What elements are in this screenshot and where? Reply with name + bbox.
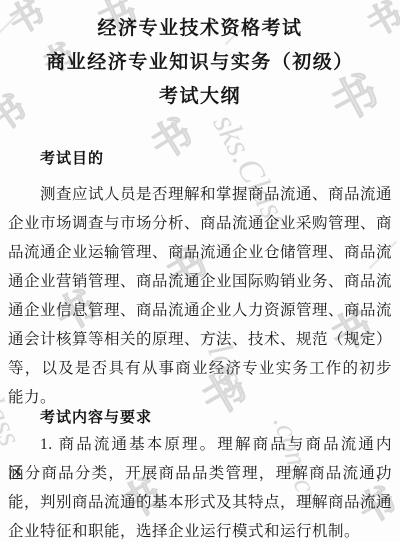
text-line: 区分商品分类，开展商品品类管理，理解商品流通功 — [8, 459, 392, 488]
text-line: 企业特征和职能，选择企业运行模式和运行机制。 — [8, 517, 392, 542]
section-heading-exam-purpose: 考试目的 — [40, 147, 104, 168]
doc-title-line-2: 商业经济专业知识与实务（初级） — [0, 46, 400, 80]
section-heading-exam-content: 考试内容与要求 — [40, 406, 152, 427]
text-line: 品流通企业运输管理、商品流通企业仓储管理、商品流 — [8, 238, 392, 267]
paragraph-exam-content: 1. 商品流通基本原理。理解商品与商品流通内涵， 区分商品分类，开展商品品类管理… — [8, 430, 392, 542]
text-line: 能，判别商品流通的基本形式及其特点，理解商品流通 — [8, 488, 392, 517]
text-line: 等，以及是否具有从事商业经济专业实务工作的初步 — [8, 354, 392, 383]
doc-title-line-3: 考试大纲 — [0, 80, 400, 114]
doc-title-line-1: 经济专业技术资格考试 — [0, 12, 400, 46]
doc-title: 经济专业技术资格考试 商业经济专业知识与实务（初级） 考试大纲 — [0, 12, 400, 114]
text-line: 通会计核算等相关的原理、方法、技术、规范（规定） — [8, 325, 392, 354]
text-line: 测查应试人员是否理解和掌握商品流通、商品流通 — [8, 180, 392, 209]
text-line: 企业市场调查与市场分析、商品流通企业采购管理、商 — [8, 209, 392, 238]
document-page: 书 书 书 书 书 书 书 书 书 书 书 书 书 sks.Class .com… — [0, 0, 400, 542]
text-line: 通企业营销管理、商品流通企业国际购销业务、商品流 — [8, 267, 392, 296]
text-line: 1. 商品流通基本原理。理解商品与商品流通内涵， — [8, 430, 392, 459]
paragraph-exam-purpose: 测查应试人员是否理解和掌握商品流通、商品流通 企业市场调查与市场分析、商品流通企… — [8, 180, 392, 412]
text-line: 通企业信息管理、商品流通企业人力资源管理、商品流 — [8, 296, 392, 325]
